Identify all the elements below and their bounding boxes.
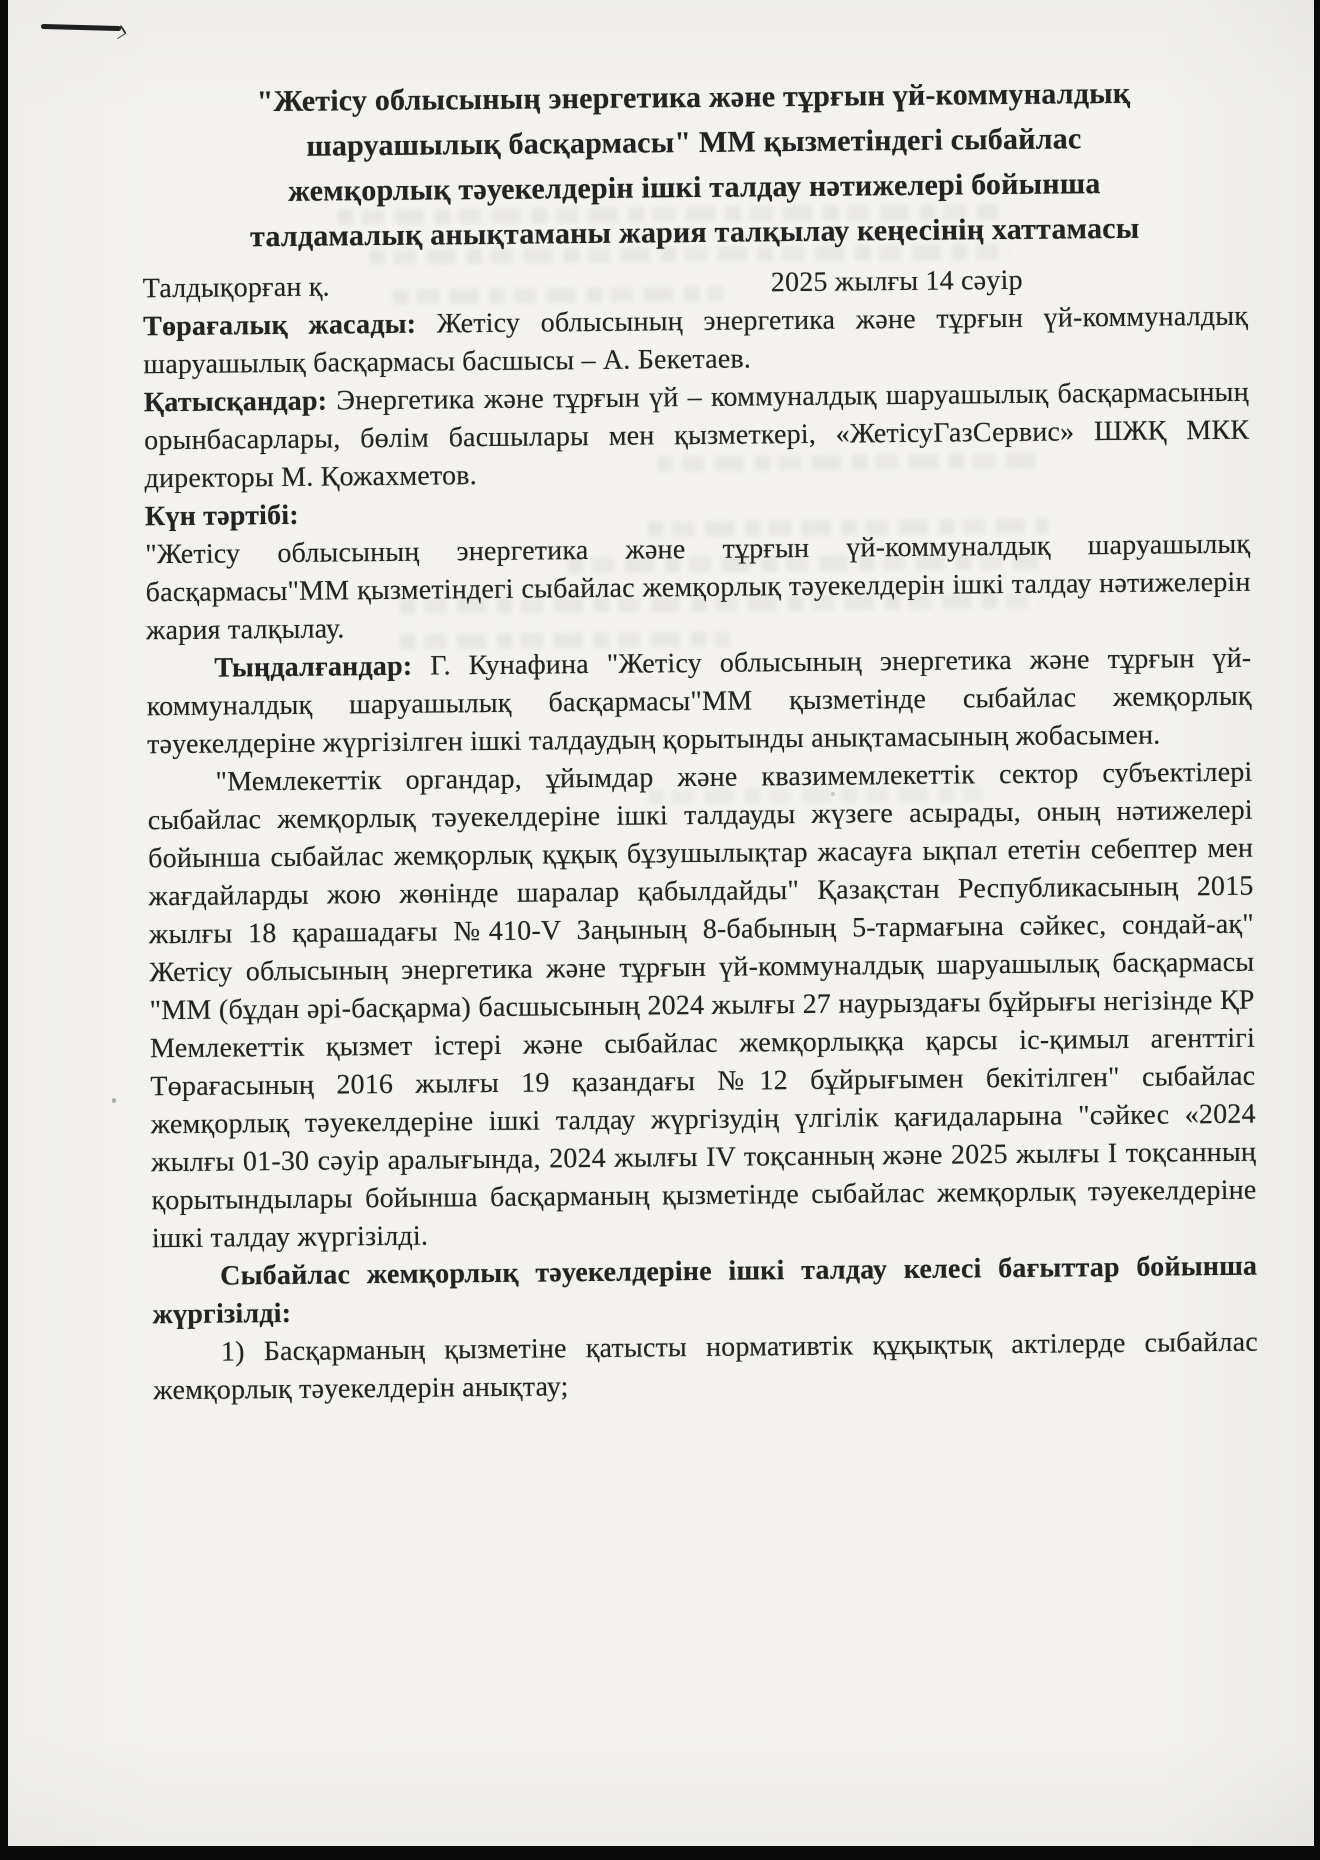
heard-label: Тыңдалғандар: [214,651,412,684]
chaired-paragraph: Төрағалық жасады: Жетісу облысының энерг… [143,298,1249,385]
direction-item-1: 1) Басқарманың қызметіне қатысты нормати… [153,1324,1259,1411]
chaired-label: Төрағалық жасады: [143,309,416,343]
place-label: Талдықорған қ. [143,268,330,308]
heard-paragraph: Тыңдалғандар: Г. Кунафина "Жетісу облысы… [146,640,1252,765]
directions-heading: Сыбайлас жемқорлық тәуекелдеріне ішкі та… [152,1248,1258,1335]
document-title: "Жетісу облысының энергетика және тұрғын… [228,71,1160,260]
scan-speck [112,1098,116,1103]
scanned-page: "Жетісу облысының энергетика және тұрғын… [8,0,1314,1846]
agenda-paragraph: "Жетісу облысының энергетика және тұрғын… [145,526,1251,651]
attendees-label: Қатысқандар: [144,386,328,419]
document-content: "Жетісу облысының энергетика және тұрғын… [140,0,1258,1410]
legal-paragraph: "Мемлекеттік органдар, ұйымдар және кваз… [147,754,1257,1259]
pen-mark [41,24,121,31]
date-label: 2025 жылғы 14 сәуір [771,262,1023,302]
attendees-paragraph: Қатысқандар: Энергетика және тұрғын үй –… [144,374,1250,499]
